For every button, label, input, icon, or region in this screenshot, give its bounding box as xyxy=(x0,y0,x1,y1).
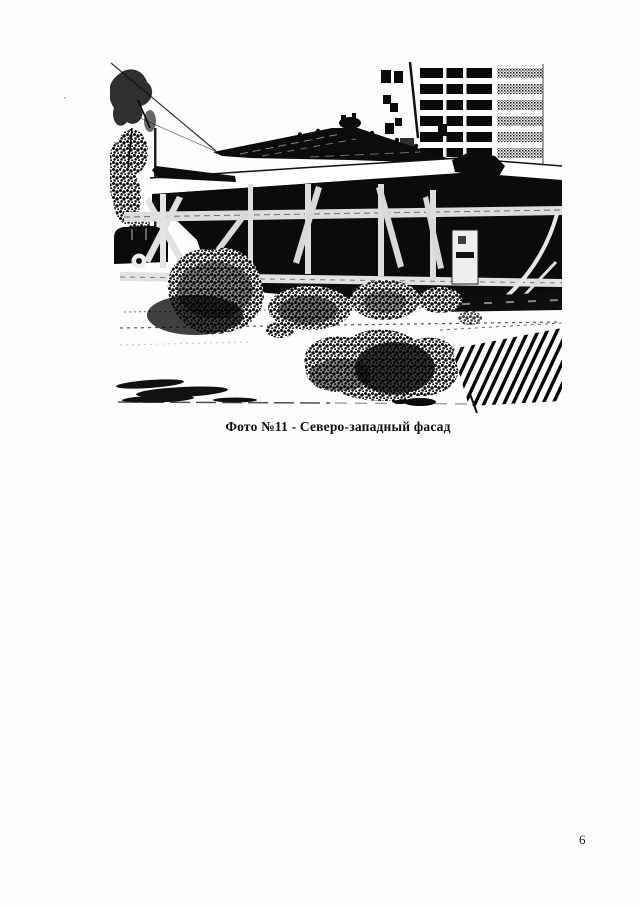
apartment-tower-banded xyxy=(420,64,492,164)
facade-photo-drawing xyxy=(110,62,566,414)
page-number: 6 xyxy=(579,832,586,848)
door-panel xyxy=(452,230,478,284)
scan-speck xyxy=(64,97,66,99)
facade-photo xyxy=(110,62,566,414)
document-page: Фото №11 - Северо-западный фасад 6 xyxy=(0,0,640,905)
roof xyxy=(213,113,450,163)
photo-caption: Фото №11 - Северо-западный фасад xyxy=(110,419,566,435)
apartment-tower-white xyxy=(381,62,418,147)
